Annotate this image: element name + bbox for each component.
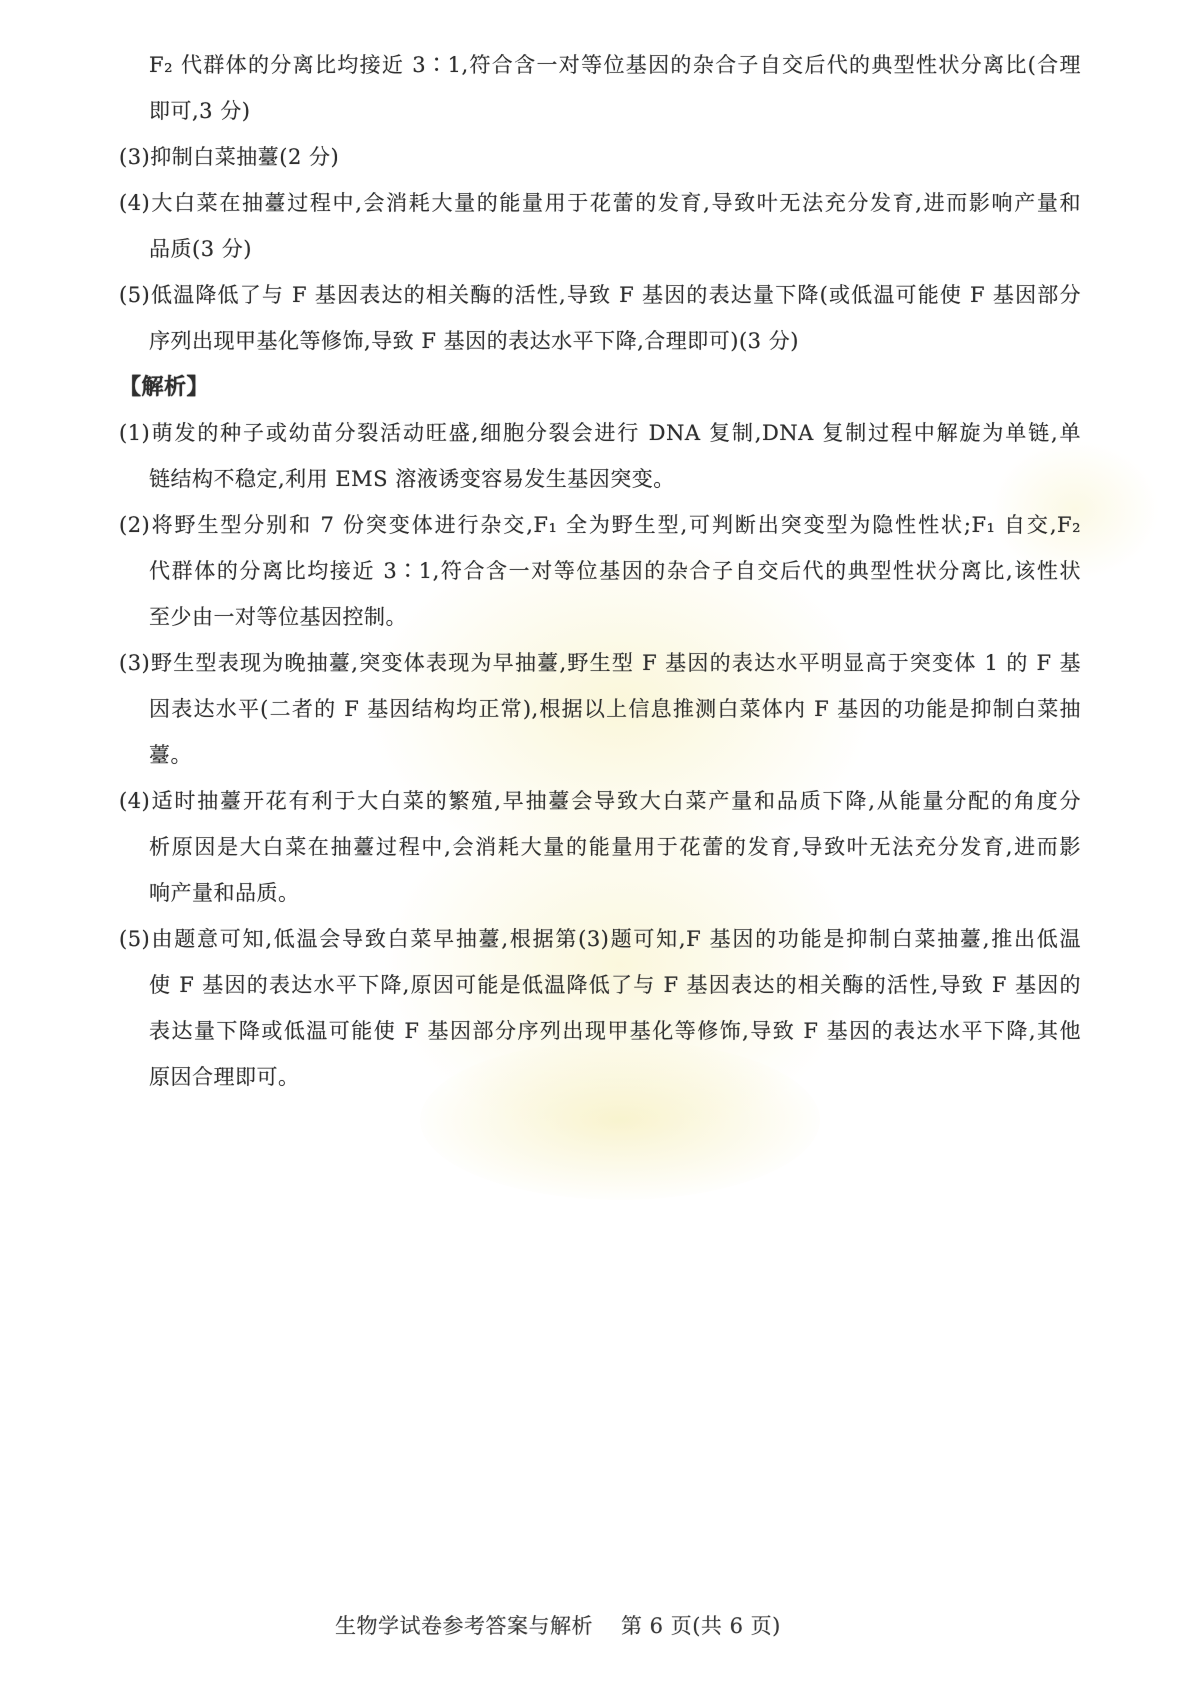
- text-line: (5)低温降低了与 F 基因表达的相关酶的活性,导致 F 基因的表达量下降(或低…: [119, 272, 1081, 318]
- text-line: (2)将野生型分别和 7 份突变体进行杂交,F₁ 全为野生型,可判断出突变型为隐…: [119, 502, 1081, 548]
- text-line: 即可,3 分): [119, 88, 1081, 134]
- text-line: (4)适时抽薹开花有利于大白菜的繁殖,早抽薹会导致大白菜产量和品质下降,从能量分…: [119, 778, 1081, 824]
- text-line: (3)野生型表现为晚抽薹,突变体表现为早抽薹,野生型 F 基因的表达水平明显高于…: [119, 640, 1081, 686]
- text-line: 析原因是大白菜在抽薹过程中,会消耗大量的能量用于花蕾的发育,导致叶无法充分发育,…: [119, 824, 1081, 870]
- text-line: 表达量下降或低温可能使 F 基因部分序列出现甲基化等修饰,导致 F 基因的表达水…: [119, 1008, 1081, 1054]
- text-line: (5)由题意可知,低温会导致白菜早抽薹,根据第(3)题可知,F 基因的功能是抑制…: [119, 916, 1081, 962]
- answer-text-block: F₂ 代群体的分离比均接近 3∶1,符合含一对等位基因的杂合子自交后代的典型性状…: [119, 42, 1081, 1100]
- text-line: 代群体的分离比均接近 3∶1,符合含一对等位基因的杂合子自交后代的典型性状分离比…: [119, 548, 1081, 594]
- text-line: 使 F 基因的表达水平下降,原因可能是低温降低了与 F 基因表达的相关酶的活性,…: [119, 962, 1081, 1008]
- text-line: (4)大白菜在抽薹过程中,会消耗大量的能量用于花蕾的发育,导致叶无法充分发育,进…: [119, 180, 1081, 226]
- text-line: 品质(3 分): [119, 226, 1081, 272]
- text-line: 响产量和品质。: [119, 870, 1081, 916]
- text-line: 至少由一对等位基因控制。: [119, 594, 1081, 640]
- text-line: 链结构不稳定,利用 EMS 溶液诱变容易发生基因突变。: [119, 456, 1081, 502]
- text-line: 序列出现甲基化等修饰,导致 F 基因的表达水平下降,合理即可)(3 分): [119, 318, 1081, 364]
- page-footer: 生物学试卷参考答案与解析 第 6 页(共 6 页): [335, 1610, 781, 1640]
- footer-page-number: 第 6 页(共 6 页): [621, 1610, 781, 1640]
- text-line: 【解析】: [119, 364, 1081, 410]
- text-line: (3)抑制白菜抽薹(2 分): [119, 134, 1081, 180]
- footer-title: 生物学试卷参考答案与解析: [335, 1610, 593, 1640]
- text-line: F₂ 代群体的分离比均接近 3∶1,符合含一对等位基因的杂合子自交后代的典型性状…: [119, 42, 1081, 88]
- text-line: (1)萌发的种子或幼苗分裂活动旺盛,细胞分裂会进行 DNA 复制,DNA 复制过…: [119, 410, 1081, 456]
- exam-answer-page: F₂ 代群体的分离比均接近 3∶1,符合含一对等位基因的杂合子自交后代的典型性状…: [0, 0, 1200, 1698]
- text-line: 因表达水平(二者的 F 基因结构均正常),根据以上信息推测白菜体内 F 基因的功…: [119, 686, 1081, 732]
- text-line: 原因合理即可。: [119, 1054, 1081, 1100]
- text-line: 薹。: [119, 732, 1081, 778]
